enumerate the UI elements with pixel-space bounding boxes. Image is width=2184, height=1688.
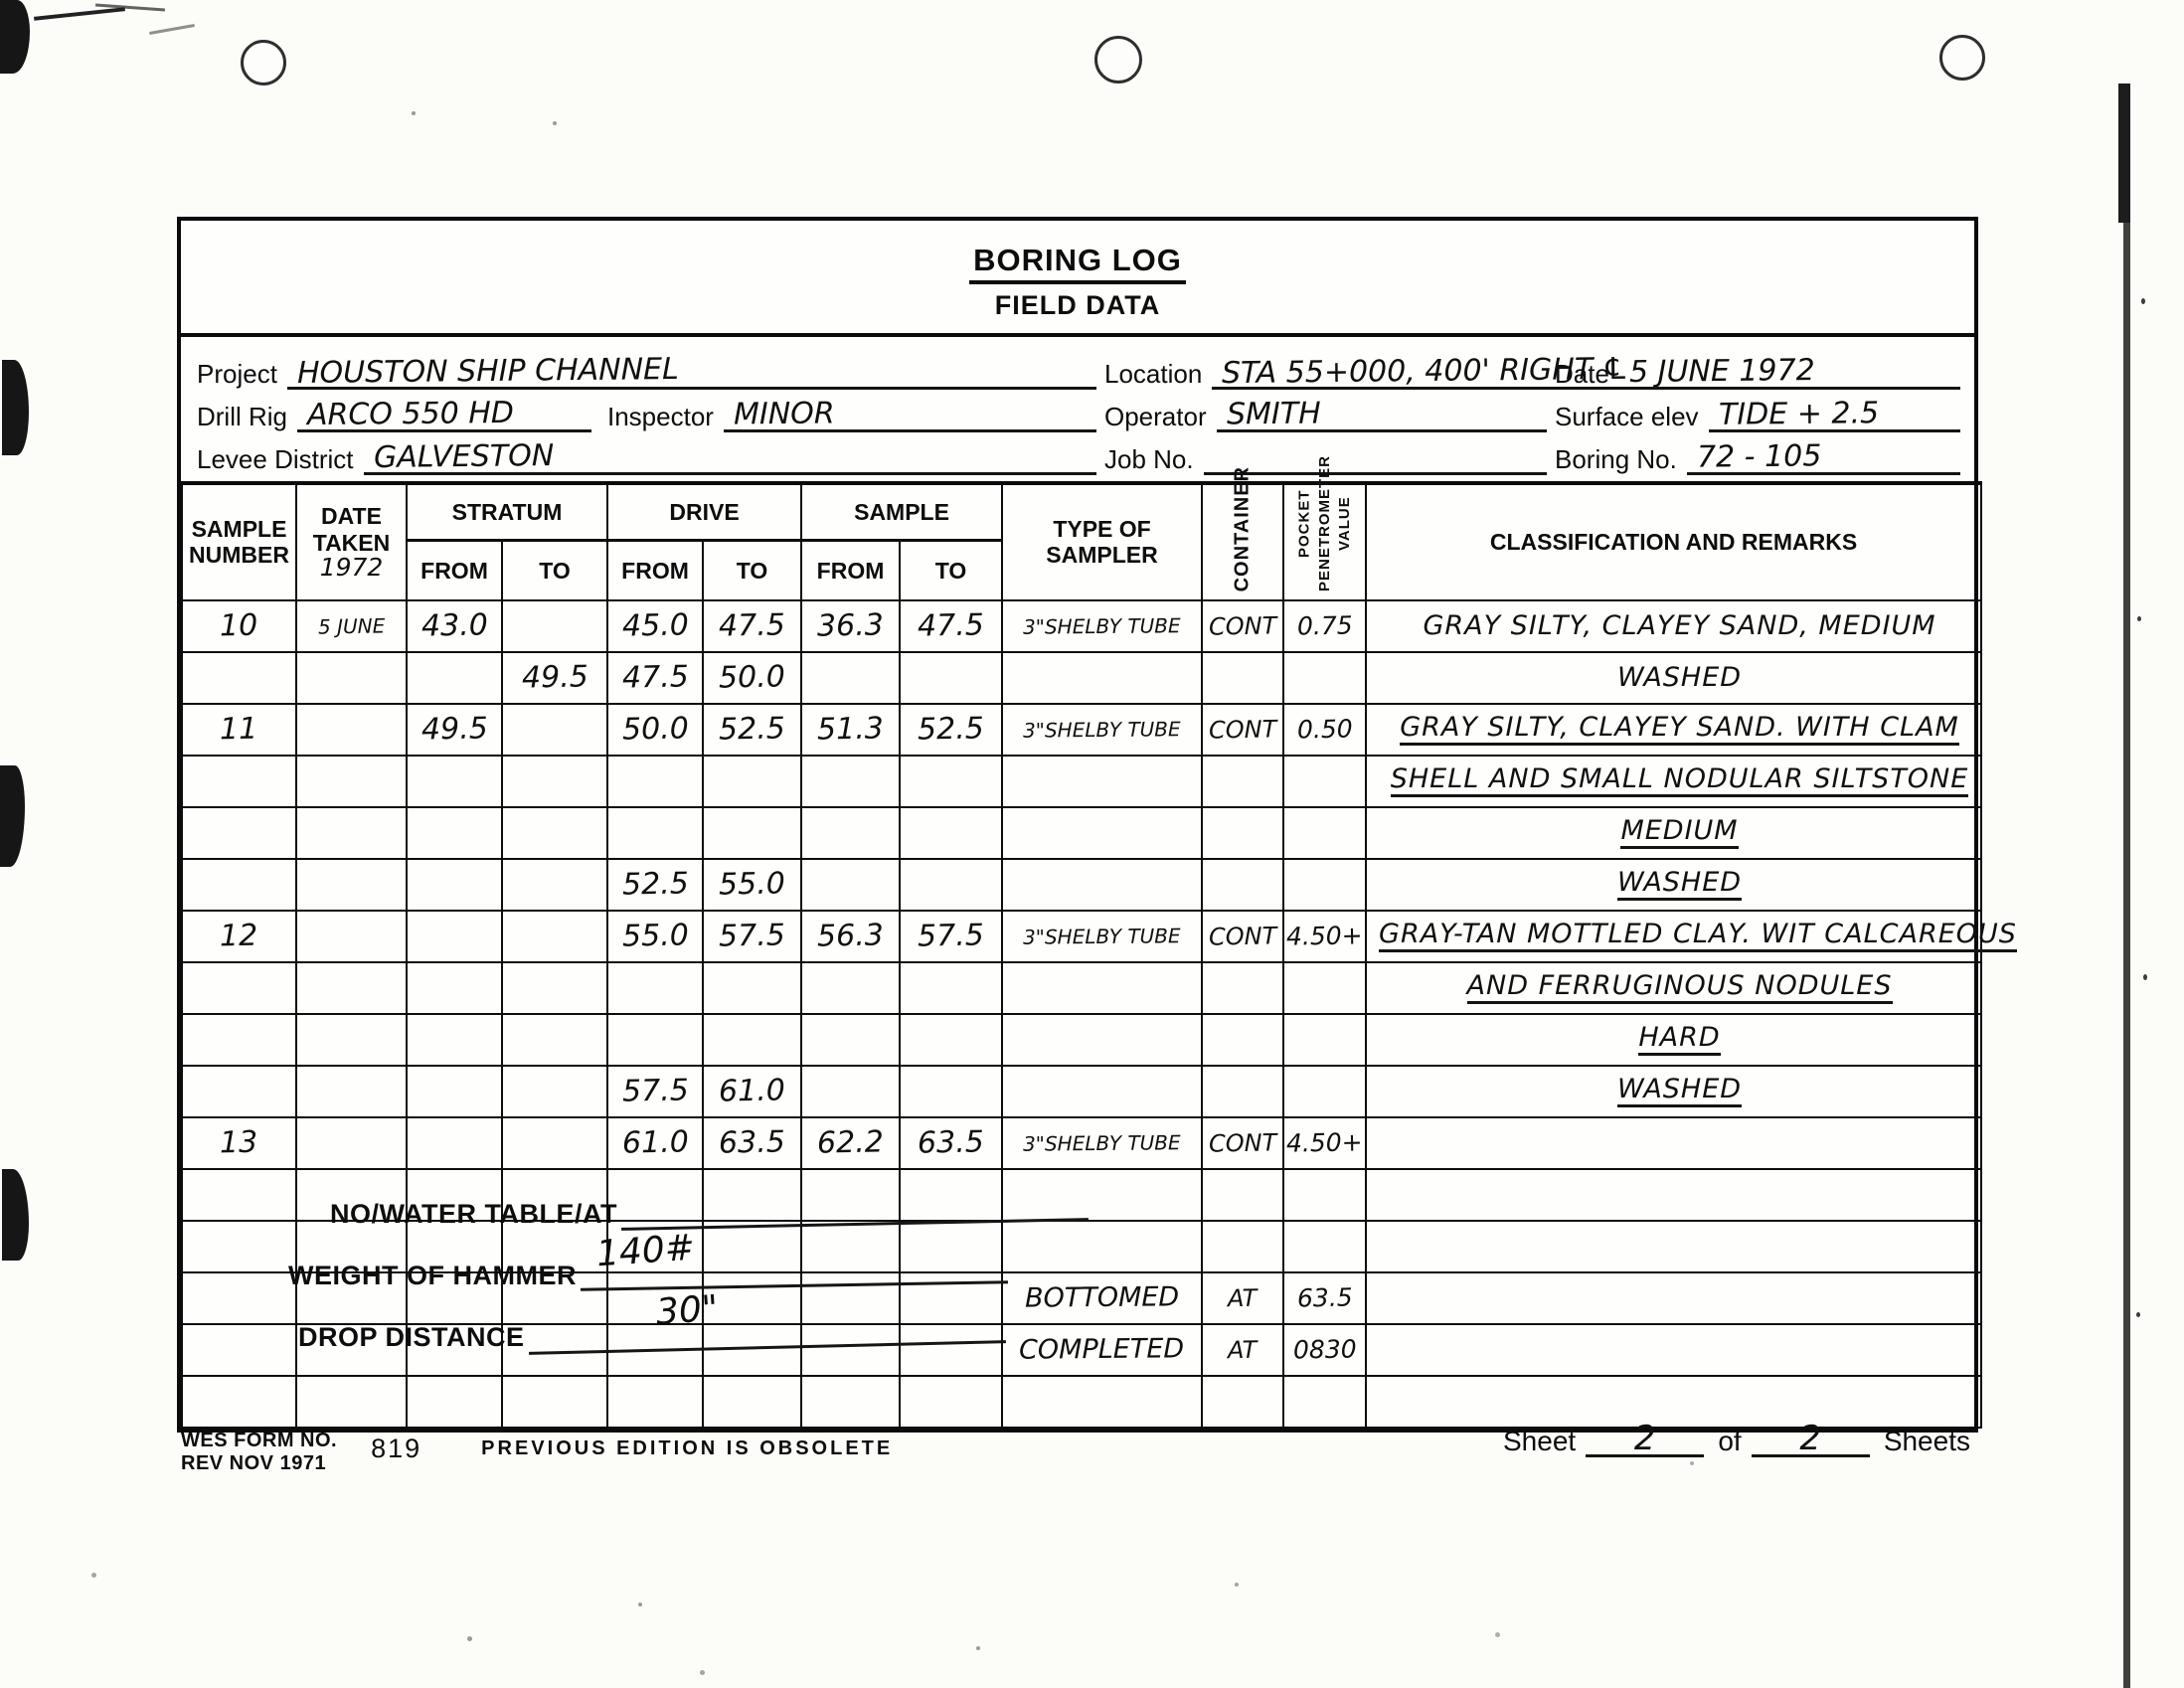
table-row bbox=[182, 1376, 1981, 1428]
table-cell: 3"SHELBY TUBE bbox=[1002, 704, 1202, 756]
table-cell bbox=[407, 807, 502, 859]
table-cell bbox=[1202, 1169, 1283, 1221]
table-cell bbox=[1283, 1376, 1366, 1428]
scan-speck bbox=[1690, 1461, 1694, 1465]
table-cell: 63.5 bbox=[1283, 1272, 1366, 1324]
table-cell: 55.0 bbox=[703, 859, 801, 911]
table-cell bbox=[407, 1117, 502, 1169]
title-block: BORING LOG FIELD DATA bbox=[181, 221, 1974, 337]
table-cell: 47.5 bbox=[607, 652, 703, 704]
col-header-stratum: STRATUM bbox=[407, 483, 607, 541]
inspector-label: Inspector bbox=[607, 402, 724, 432]
table-cell bbox=[502, 911, 607, 962]
table-cell: 57.5 bbox=[900, 911, 1002, 962]
table-cell: 5 JUNE bbox=[296, 600, 407, 652]
table-cell: CONT bbox=[1202, 911, 1283, 962]
location-value: STA 55+000, 400' RIGHT ℄ bbox=[1212, 357, 1635, 390]
table-cell: 0830 bbox=[1283, 1324, 1366, 1376]
remark-cell bbox=[1366, 1324, 1981, 1376]
project-label: Project bbox=[197, 359, 287, 390]
remark-cell bbox=[1366, 1169, 1981, 1221]
table-cell bbox=[182, 1014, 296, 1066]
table-row: SHELL AND SMALL NODULAR SILTSTONE bbox=[182, 756, 1981, 807]
form-number: 819 bbox=[371, 1434, 421, 1464]
remark-cell: MEDIUM bbox=[1366, 807, 1981, 859]
table-cell: 57.5 bbox=[703, 911, 801, 962]
table-cell bbox=[900, 807, 1002, 859]
scan-edge-line bbox=[2123, 84, 2130, 1688]
table-cell: 10 bbox=[182, 600, 296, 652]
table-cell bbox=[900, 756, 1002, 807]
table-cell: 47.5 bbox=[703, 600, 801, 652]
scan-speck bbox=[2143, 974, 2147, 980]
field-line-2: Drill Rig ARCO 550 HD Inspector MINOR Op… bbox=[197, 390, 1960, 432]
table-cell: BOTTOMED bbox=[1002, 1272, 1202, 1324]
table-cell: 12 bbox=[182, 911, 296, 962]
table-row: HARD bbox=[182, 1014, 1981, 1066]
table-cell bbox=[407, 911, 502, 962]
col-header-stratum-from: FROM bbox=[407, 541, 502, 601]
weight-of-hammer-value: 140# bbox=[595, 1228, 697, 1275]
table-cell bbox=[801, 1014, 900, 1066]
table-cell bbox=[502, 1066, 607, 1117]
table-row: 57.561.0WASHED bbox=[182, 1066, 1981, 1117]
table-cell bbox=[900, 1014, 1002, 1066]
page-subtitle: FIELD DATA bbox=[181, 290, 1974, 321]
table-cell bbox=[182, 962, 296, 1014]
table-cell bbox=[607, 807, 703, 859]
drill-rig-value: ARCO 550 HD bbox=[297, 400, 591, 432]
table-cell bbox=[182, 859, 296, 911]
table-cell bbox=[502, 1014, 607, 1066]
table-cell bbox=[703, 807, 801, 859]
col-header-drive-from: FROM bbox=[607, 541, 703, 601]
table-cell bbox=[296, 704, 407, 756]
col-header-type-of-sampler: TYPE OF SAMPLER bbox=[1002, 483, 1202, 600]
table-cell bbox=[1283, 756, 1366, 807]
table-cell: 63.5 bbox=[703, 1117, 801, 1169]
col-header-drive: DRIVE bbox=[607, 483, 801, 541]
table-cell: 57.5 bbox=[607, 1066, 703, 1117]
table-cell bbox=[1002, 859, 1202, 911]
table-cell bbox=[607, 962, 703, 1014]
table-cell bbox=[607, 1376, 703, 1428]
col-header-sample-number: SAMPLE NUMBER bbox=[182, 483, 296, 600]
table-cell: 3"SHELBY TUBE bbox=[1002, 600, 1202, 652]
table-cell bbox=[407, 1014, 502, 1066]
scan-edge-blob bbox=[2, 1169, 29, 1261]
table-cell: 61.0 bbox=[607, 1117, 703, 1169]
table-cell bbox=[296, 807, 407, 859]
scan-speck bbox=[1235, 1583, 1239, 1587]
table-cell bbox=[801, 1376, 900, 1428]
weight-of-hammer-underline bbox=[581, 1280, 1008, 1291]
table-cell bbox=[1283, 807, 1366, 859]
table-cell: 50.0 bbox=[607, 704, 703, 756]
drop-distance-label: DROP DISTANCE bbox=[298, 1322, 525, 1353]
weight-of-hammer-label: WEIGHT OF HAMMER bbox=[288, 1261, 577, 1291]
table-row: 105 JUNE43.045.047.536.347.53"SHELBY TUB… bbox=[182, 600, 1981, 652]
table-cell bbox=[607, 756, 703, 807]
table-cell bbox=[502, 704, 607, 756]
table-cell bbox=[182, 1324, 296, 1376]
table-cell bbox=[801, 962, 900, 1014]
col-header-sample: SAMPLE bbox=[801, 483, 1002, 541]
table-cell: 49.5 bbox=[502, 652, 607, 704]
table-cell: 49.5 bbox=[407, 704, 502, 756]
table-cell bbox=[182, 1376, 296, 1428]
table-row: MEDIUM bbox=[182, 807, 1981, 859]
table-cell: 62.2 bbox=[801, 1117, 900, 1169]
table-cell bbox=[1202, 1221, 1283, 1272]
hole-punch bbox=[241, 40, 286, 85]
field-line-1: Project HOUSTON SHIP CHANNEL Location ST… bbox=[197, 347, 1960, 390]
drop-distance-row: DROP DISTANCE bbox=[298, 1322, 1006, 1353]
remark-cell: HARD bbox=[1366, 1014, 1981, 1066]
table-cell bbox=[1002, 652, 1202, 704]
table-cell bbox=[296, 911, 407, 962]
remark-cell: GRAY-TAN MOTTLED CLAY. WIT CALCAREOUS bbox=[1366, 911, 1981, 962]
table-row: 52.555.0WASHED bbox=[182, 859, 1981, 911]
boring-no-value: 72 - 105 bbox=[1687, 442, 1960, 475]
table-cell bbox=[407, 962, 502, 1014]
levee-district-value: GALVESTON bbox=[364, 442, 1097, 475]
remark-cell: GRAY SILTY, CLAYEY SAND, MEDIUM bbox=[1366, 600, 1981, 652]
table-cell bbox=[1283, 1014, 1366, 1066]
table-cell bbox=[900, 962, 1002, 1014]
table-cell: 52.5 bbox=[900, 704, 1002, 756]
table-cell: AT bbox=[1202, 1272, 1283, 1324]
table-cell bbox=[407, 859, 502, 911]
table-cell bbox=[182, 1066, 296, 1117]
scan-speck bbox=[553, 121, 557, 125]
table-cell bbox=[1283, 1221, 1366, 1272]
scan-speck bbox=[2141, 298, 2145, 304]
drill-rig-label: Drill Rig bbox=[197, 402, 297, 432]
table-cell bbox=[703, 1014, 801, 1066]
table-row: 1255.057.556.357.53"SHELBY TUBECONT4.50+… bbox=[182, 911, 1981, 962]
table-cell bbox=[182, 1221, 296, 1272]
col-header-drive-to: TO bbox=[703, 541, 801, 601]
remark-cell: WASHED bbox=[1366, 1066, 1981, 1117]
footer-sheet-count: Sheet 2 of 2 Sheets bbox=[1503, 1424, 1980, 1457]
of-label: of bbox=[1718, 1426, 1751, 1457]
table-cell bbox=[296, 1066, 407, 1117]
table-cell: 51.3 bbox=[801, 704, 900, 756]
table-row: 1361.063.562.263.53"SHELBY TUBECONT4.50+ bbox=[182, 1117, 1981, 1169]
sheet-label: Sheet bbox=[1503, 1426, 1586, 1457]
table-cell: 55.0 bbox=[607, 911, 703, 962]
obsolete-note: PREVIOUS EDITION IS OBSOLETE bbox=[481, 1437, 893, 1460]
table-cell bbox=[1202, 807, 1283, 859]
table-row: AND FERRUGINOUS NODULES bbox=[182, 962, 1981, 1014]
table-row: 49.547.550.0WASHED bbox=[182, 652, 1981, 704]
table-cell bbox=[1202, 652, 1283, 704]
table-cell bbox=[296, 1014, 407, 1066]
table-cell bbox=[182, 652, 296, 704]
hole-punch bbox=[1939, 35, 1985, 81]
table-cell bbox=[900, 859, 1002, 911]
remark-cell: WASHED bbox=[1366, 859, 1981, 911]
remark-cell: AND FERRUGINOUS NODULES bbox=[1366, 962, 1981, 1014]
table-cell bbox=[801, 859, 900, 911]
date-value: 5 JUNE 1972 bbox=[1619, 357, 1960, 390]
table-cell bbox=[1283, 1169, 1366, 1221]
table-cell: COMPLETED bbox=[1002, 1324, 1202, 1376]
remark-cell: SHELL AND SMALL NODULAR SILTSTONE bbox=[1366, 756, 1981, 807]
footer-form-id: WES FORM NO. REV NOV 1971 819 PREVIOUS E… bbox=[181, 1430, 893, 1475]
col-header-date-taken: DATE TAKEN1972 bbox=[296, 483, 407, 600]
table-cell bbox=[801, 807, 900, 859]
table-cell bbox=[1283, 859, 1366, 911]
table-cell bbox=[1002, 1066, 1202, 1117]
remark-cell bbox=[1366, 1221, 1981, 1272]
table-cell bbox=[182, 807, 296, 859]
page-title: BORING LOG bbox=[969, 243, 1186, 284]
table-cell: 4.50+ bbox=[1283, 911, 1366, 962]
water-table-label: NO/WATER TABLE/AT bbox=[330, 1199, 617, 1230]
operator-label: Operator bbox=[1104, 402, 1217, 432]
table-cell bbox=[296, 756, 407, 807]
table-cell bbox=[296, 652, 407, 704]
table-cell bbox=[407, 1066, 502, 1117]
table-cell: 3"SHELBY TUBE bbox=[1002, 1117, 1202, 1169]
scanned-boring-log-page: BORING LOG FIELD DATA Project HOUSTON SH… bbox=[0, 0, 2184, 1688]
remark-cell bbox=[1366, 1376, 1981, 1428]
table-cell bbox=[1202, 1066, 1283, 1117]
table-cell: 47.5 bbox=[900, 600, 1002, 652]
table-cell bbox=[502, 756, 607, 807]
table-cell bbox=[801, 1066, 900, 1117]
table-cell bbox=[1283, 1066, 1366, 1117]
table-cell bbox=[1002, 807, 1202, 859]
table-cell: 45.0 bbox=[607, 600, 703, 652]
table-cell: 13 bbox=[182, 1117, 296, 1169]
table-cell bbox=[1283, 962, 1366, 1014]
table-cell bbox=[296, 1376, 407, 1428]
water-table-row: NO/WATER TABLE/AT bbox=[330, 1199, 1089, 1230]
table-cell bbox=[182, 1169, 296, 1221]
header-fields: Project HOUSTON SHIP CHANNEL Location ST… bbox=[181, 337, 1974, 481]
table-cell bbox=[607, 1014, 703, 1066]
col-header-sample-from: FROM bbox=[801, 541, 900, 601]
boring-no-label: Boring No. bbox=[1555, 444, 1687, 475]
table-cell bbox=[801, 652, 900, 704]
remark-cell: GRAY SILTY, CLAYEY SAND. WITH CLAM bbox=[1366, 704, 1981, 756]
inspector-value: MINOR bbox=[724, 400, 1096, 432]
table-cell: 0.75 bbox=[1283, 600, 1366, 652]
scan-edge-line bbox=[2118, 84, 2130, 223]
sheet-number: 2 bbox=[1586, 1424, 1704, 1457]
wes-form-no-label: WES FORM NO. bbox=[181, 1430, 337, 1452]
scan-speck bbox=[700, 1670, 705, 1675]
scan-edge-blob bbox=[0, 765, 25, 867]
table-cell: 56.3 bbox=[801, 911, 900, 962]
table-cell bbox=[703, 756, 801, 807]
table-cell: 43.0 bbox=[407, 600, 502, 652]
table-cell bbox=[1202, 1376, 1283, 1428]
table-cell: CONT bbox=[1202, 1117, 1283, 1169]
table-cell: 11 bbox=[182, 704, 296, 756]
scan-speck bbox=[1495, 1632, 1500, 1637]
table-cell: 63.5 bbox=[900, 1117, 1002, 1169]
remark-cell bbox=[1366, 1117, 1981, 1169]
table-row: 1149.550.052.551.352.53"SHELBY TUBECONT0… bbox=[182, 704, 1981, 756]
sheets-label: Sheets bbox=[1884, 1426, 1980, 1457]
table-cell: 0.50 bbox=[1283, 704, 1366, 756]
levee-district-label: Levee District bbox=[197, 444, 364, 475]
pencil-scribble bbox=[149, 24, 195, 35]
table-cell bbox=[801, 756, 900, 807]
table-cell: 52.5 bbox=[703, 704, 801, 756]
col-header-pocket-penetrometer: POCKET PENETROMETER VALUE bbox=[1283, 483, 1366, 600]
scan-speck bbox=[976, 1646, 980, 1650]
table-cell: CONT bbox=[1202, 600, 1283, 652]
table-cell bbox=[1002, 1014, 1202, 1066]
table-cell: 52.5 bbox=[607, 859, 703, 911]
scan-speck bbox=[91, 1573, 96, 1578]
table-cell bbox=[1202, 859, 1283, 911]
table-cell bbox=[703, 1376, 801, 1428]
table-cell bbox=[296, 1117, 407, 1169]
wes-rev-label: REV NOV 1971 bbox=[181, 1452, 337, 1475]
scan-speck bbox=[638, 1603, 642, 1606]
remark-cell bbox=[1366, 1272, 1981, 1324]
col-header-sample-to: TO bbox=[900, 541, 1002, 601]
table-cell bbox=[1283, 652, 1366, 704]
project-value: HOUSTON SHIP CHANNEL bbox=[287, 357, 1096, 390]
scan-edge-blob bbox=[2, 360, 29, 455]
scan-speck bbox=[2137, 616, 2141, 621]
table-cell bbox=[296, 962, 407, 1014]
drop-distance-value: 30" bbox=[655, 1288, 720, 1333]
table-cell: 50.0 bbox=[703, 652, 801, 704]
surface-elev-value: TIDE + 2.5 bbox=[1709, 400, 1960, 432]
scan-edge-blob bbox=[0, 0, 30, 74]
remark-cell: WASHED bbox=[1366, 652, 1981, 704]
table-cell bbox=[407, 1376, 502, 1428]
table-cell: 36.3 bbox=[801, 600, 900, 652]
table-cell bbox=[1002, 1376, 1202, 1428]
table-cell: CONT bbox=[1202, 704, 1283, 756]
table-cell bbox=[900, 1066, 1002, 1117]
table-cell bbox=[182, 1272, 296, 1324]
job-no-label: Job No. bbox=[1104, 444, 1204, 475]
table-cell bbox=[296, 859, 407, 911]
table-cell bbox=[900, 1376, 1002, 1428]
table-cell bbox=[1002, 962, 1202, 1014]
table-cell bbox=[502, 859, 607, 911]
table-cell bbox=[502, 600, 607, 652]
table-cell bbox=[182, 756, 296, 807]
date-taken-year: 1972 bbox=[297, 553, 406, 582]
table-cell: AT bbox=[1202, 1324, 1283, 1376]
col-header-classification: CLASSIFICATION AND REMARKS bbox=[1366, 483, 1981, 600]
col-header-container: CONTAINER bbox=[1202, 483, 1283, 600]
table-cell bbox=[1002, 756, 1202, 807]
table-cell: 4.50+ bbox=[1283, 1117, 1366, 1169]
table-cell bbox=[502, 1117, 607, 1169]
table-cell bbox=[502, 807, 607, 859]
table-cell bbox=[502, 1376, 607, 1428]
table-cell bbox=[1202, 1014, 1283, 1066]
table-cell bbox=[502, 962, 607, 1014]
table-cell bbox=[407, 756, 502, 807]
boring-log-form: BORING LOG FIELD DATA Project HOUSTON SH… bbox=[177, 217, 1978, 1433]
operator-value: SMITH bbox=[1217, 400, 1547, 432]
location-label: Location bbox=[1104, 359, 1212, 390]
table-cell: 3"SHELBY TUBE bbox=[1002, 911, 1202, 962]
field-line-3: Levee District GALVESTON Job No. Boring … bbox=[197, 432, 1960, 475]
scan-speck bbox=[412, 111, 416, 115]
drop-distance-underline bbox=[529, 1340, 1006, 1355]
col-header-stratum-to: TO bbox=[502, 541, 607, 601]
pencil-scribble bbox=[34, 7, 125, 21]
table-cell bbox=[407, 652, 502, 704]
scan-speck bbox=[467, 1636, 472, 1641]
scan-speck bbox=[2136, 1312, 2140, 1317]
table-cell bbox=[703, 962, 801, 1014]
table-cell bbox=[900, 652, 1002, 704]
table-cell bbox=[1202, 962, 1283, 1014]
table-cell: 61.0 bbox=[703, 1066, 801, 1117]
sheet-total: 2 bbox=[1752, 1424, 1870, 1457]
table-cell bbox=[1202, 756, 1283, 807]
surface-elev-label: Surface elev bbox=[1555, 402, 1709, 432]
hole-punch bbox=[1094, 36, 1142, 84]
